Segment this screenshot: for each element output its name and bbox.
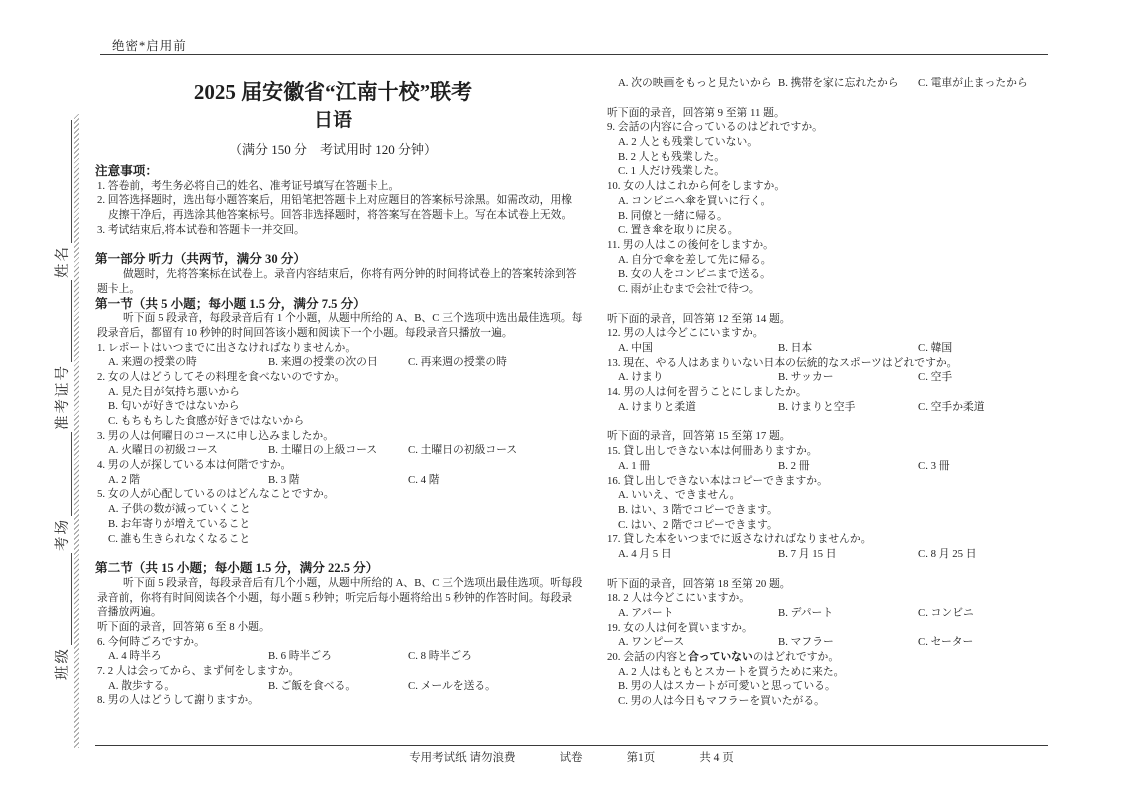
option-c: C. 8 時半ごろ bbox=[408, 649, 571, 664]
binding-margin: 班级 考场 准考证号 姓名 bbox=[48, 120, 72, 682]
footer-paper-note: 专用考试纸 请勿浪费 bbox=[409, 749, 515, 765]
secret-label: 绝密*启用前 bbox=[112, 36, 187, 54]
option-b: B. マフラー bbox=[778, 635, 918, 650]
binding-zigzag-line bbox=[74, 114, 79, 748]
page-footer: 专用考试纸 请勿浪费 试卷 第1页 共 4 页 bbox=[95, 749, 1048, 765]
blank-gap bbox=[605, 297, 1048, 312]
text-line: 18. 2 人は今どこにいますか。 bbox=[605, 591, 1048, 606]
blank-gap bbox=[605, 91, 1048, 106]
text-line: 16. 貸し出しできない本はコピーできますか。 bbox=[605, 474, 1048, 489]
option-b: B. デパート bbox=[778, 606, 918, 621]
text-line: 段录音后，都留有 10 秒钟的时间回答该小题和阅读下一个小题。每段录音只播放一遍… bbox=[95, 326, 571, 341]
text-line: 听下面的录音，回答第 15 至第 17 题。 bbox=[605, 429, 1048, 444]
option-c: C. 空手 bbox=[918, 370, 1048, 385]
blank-gap bbox=[95, 546, 571, 561]
option-line: C. 誰も生きられなくなること bbox=[95, 532, 571, 547]
options-row: A. アパートB. デパートC. コンビニ bbox=[605, 606, 1048, 621]
left-column-text: 注意事项：1. 答卷前，考生务必将自己的姓名、准考证号填写在答题卡上。2. 回答… bbox=[95, 164, 571, 708]
text-line: 听下面的录音，回答第 18 至第 20 题。 bbox=[605, 577, 1048, 592]
paragraph-line: 听下面 5 段录音，每段录音后有几个小题，从题中所给的 A、B、C 三个选项出最… bbox=[95, 576, 571, 591]
exam-info: （满分 150 分 考试用时 120 分钟） bbox=[95, 136, 571, 164]
text-line: 15. 貸し出しできない本は何冊ありますか。 bbox=[605, 444, 1048, 459]
option-a: A. 火曜日の初級コース bbox=[108, 443, 268, 458]
options-row: A. 1 冊B. 2 冊C. 3 冊 bbox=[605, 459, 1048, 474]
option-a: A. けまり bbox=[618, 370, 778, 385]
text-line: 1. レポートはいつまでに出さなければなりませんか。 bbox=[95, 341, 571, 356]
options-row: A. 中国B. 日本C. 韓国 bbox=[605, 341, 1048, 356]
option-line: A. いいえ、できません。 bbox=[605, 488, 1048, 503]
option-line: B. 女の人をコンビニまで送る。 bbox=[605, 267, 1048, 282]
option-line: A. 2 人はもともとスカートを買うために来た。 bbox=[605, 665, 1048, 680]
option-c: C. 再来週の授業の時 bbox=[408, 355, 571, 370]
left-column: 2025 届安徽省“江南十校”联考 日语 （满分 150 分 考试用时 120 … bbox=[95, 78, 571, 708]
blank-gap bbox=[605, 562, 1048, 577]
option-b: B. 3 階 bbox=[268, 473, 408, 488]
option-c: C. 8 月 25 日 bbox=[918, 547, 1048, 562]
text-line: 19. 女の人は何を買いますか。 bbox=[605, 621, 1048, 636]
option-line: A. 2 人とも残業していない。 bbox=[605, 135, 1048, 150]
name-label: 姓名 bbox=[51, 243, 72, 280]
option-a: A. ワンピース bbox=[618, 635, 778, 650]
admission-number-label: 准考证号 bbox=[51, 362, 72, 432]
option-c: C. セーター bbox=[918, 635, 1048, 650]
option-c: C. コンビニ bbox=[918, 606, 1048, 621]
option-b: B. サッカー bbox=[778, 370, 918, 385]
option-c: C. 韓国 bbox=[918, 341, 1048, 356]
top-divider bbox=[100, 54, 1048, 55]
section-heading: 第一节（共 5 小题；每小题 1.5 分，满分 7.5 分） bbox=[95, 297, 571, 312]
paper-title: 2025 届安徽省“江南十校”联考 bbox=[95, 78, 571, 106]
option-a: A. 4 月 5 日 bbox=[618, 547, 778, 562]
exam-room-blank-line bbox=[67, 432, 72, 516]
text-line: 13. 現在、やる人はあまりいない日本の伝統的なスポーツはどれですか。 bbox=[605, 356, 1048, 371]
option-line: A. 自分で傘を差して先に帰る。 bbox=[605, 253, 1048, 268]
right-column-text: A. 次の映画をもっと見たいからB. 携帯を家に忘れたからC. 電車が止まったか… bbox=[605, 76, 1048, 709]
option-a: A. 2 階 bbox=[108, 473, 268, 488]
blank-gap bbox=[95, 237, 571, 252]
text-line: 17. 貸した本をいつまでに返さなければなりませんか。 bbox=[605, 532, 1048, 547]
options-row: A. ワンピースB. マフラーC. セーター bbox=[605, 635, 1048, 650]
text-line: 8. 男の人はどうして謝りますか。 bbox=[95, 693, 571, 708]
section-heading: 注意事项： bbox=[95, 164, 571, 179]
options-row: A. けまりと柔道B. けまりと空手C. 空手か柔道 bbox=[605, 400, 1048, 415]
option-c: C. 土曜日の初級コース bbox=[408, 443, 571, 458]
option-a: A. アパート bbox=[618, 606, 778, 621]
option-line: B. はい、3 階でコピーできます。 bbox=[605, 503, 1048, 518]
text-line: 10. 女の人はこれから何をしますか。 bbox=[605, 179, 1048, 194]
options-row: A. 4 月 5 日B. 7 月 15 日C. 8 月 25 日 bbox=[605, 547, 1048, 562]
option-line: C. 雨が止むまで会社で待つ。 bbox=[605, 282, 1048, 297]
admission-number-blank-line bbox=[67, 280, 72, 362]
text-line: 2. 回答选择题时，选出每小题答案后，用铅笔把答题卡上对应题目的答案标号涂黑。如… bbox=[95, 193, 571, 208]
right-column: A. 次の映画をもっと見たいからB. 携帯を家に忘れたからC. 電車が止まったか… bbox=[605, 76, 1048, 709]
option-a: A. けまりと柔道 bbox=[618, 400, 778, 415]
option-line: C. はい、2 階でコピーできます。 bbox=[605, 518, 1048, 533]
option-a: A. 1 冊 bbox=[618, 459, 778, 474]
option-c: C. 4 階 bbox=[408, 473, 571, 488]
text-line: 5. 女の人が心配しているのはどんなことですか。 bbox=[95, 487, 571, 502]
class-blank-line bbox=[67, 553, 72, 645]
text-line: 20. 会話の内容と合っていないのはどれですか。 bbox=[605, 650, 1048, 665]
options-row: A. 2 階B. 3 階C. 4 階 bbox=[95, 473, 571, 488]
paragraph-line: 做题时，先将答案标在试卷上。录音内容结束后，你将有两分钟的时间将试卷上的答案转涂… bbox=[95, 267, 571, 282]
options-row: A. 来週の授業の時B. 来週の授業の次の日C. 再来週の授業の時 bbox=[95, 355, 571, 370]
text-line: 听下面的录音，回答第 9 至第 11 题。 bbox=[605, 106, 1048, 121]
option-c: C. 3 冊 bbox=[918, 459, 1048, 474]
option-line: A. 見た目が気持ち悪いから bbox=[95, 385, 571, 400]
footer-page-total: 共 4 页 bbox=[699, 749, 734, 765]
option-c: C. 電車が止まったから bbox=[918, 76, 1048, 91]
option-c: C. メールを送る。 bbox=[408, 679, 571, 694]
exam-room-label: 考场 bbox=[51, 516, 72, 553]
option-a: A. 散歩する。 bbox=[108, 679, 268, 694]
text-line: 14. 男の人は何を習うことにしましたか。 bbox=[605, 385, 1048, 400]
option-line: C. もちもちした食感が好きではないから bbox=[95, 414, 571, 429]
text-line: 2. 女の人はどうしてその料理を食べないのですか。 bbox=[95, 370, 571, 385]
paper-subject: 日语 bbox=[95, 106, 571, 136]
footer-paper-type: 试卷 bbox=[560, 749, 583, 765]
options-row: A. 4 時半ろB. 6 時半ごろC. 8 時半ごろ bbox=[95, 649, 571, 664]
text-line: 3. 男の人は何曜日のコースに申し込みましたか。 bbox=[95, 429, 571, 444]
option-b: B. ご飯を食べる。 bbox=[268, 679, 408, 694]
option-line: C. 男の人は今日もマフラーを買いたがる。 bbox=[605, 694, 1048, 709]
option-line: B. 2 人とも残業した。 bbox=[605, 150, 1048, 165]
option-b: B. 来週の授業の次の日 bbox=[268, 355, 408, 370]
option-line: B. お年寄りが増えていること bbox=[95, 517, 571, 532]
option-line: B. 同僚と一緒に帰る。 bbox=[605, 209, 1048, 224]
option-c: C. 空手か柔道 bbox=[918, 400, 1048, 415]
text-line: 1. 答卷前，考生务必将自己的姓名、准考证号填写在答题卡上。 bbox=[95, 179, 571, 194]
footer-page-number: 第1页 bbox=[627, 749, 656, 765]
section-heading: 第二节（共 15 小题；每小题 1.5 分，满分 22.5 分） bbox=[95, 561, 571, 576]
text-line: 12. 男の人は今どこにいますか。 bbox=[605, 326, 1048, 341]
option-b: B. けまりと空手 bbox=[778, 400, 918, 415]
name-blank-line bbox=[67, 120, 72, 243]
text-line: 9. 会話の内容に合っているのはどれですか。 bbox=[605, 120, 1048, 135]
text-line: 听下面的录音，回答第 6 至 8 小题。 bbox=[95, 620, 571, 635]
option-a: A. 中国 bbox=[618, 341, 778, 356]
option-a: A. 4 時半ろ bbox=[108, 649, 268, 664]
class-label: 班级 bbox=[51, 645, 72, 682]
option-line: 皮擦干净后，再选涂其他答案标号。回答非选择题时，将答案写在答题卡上。写在本试卷上… bbox=[95, 208, 571, 223]
text-line: 7. 2 人は会ってから、まず何をしますか。 bbox=[95, 664, 571, 679]
text-line: 题卡上。 bbox=[95, 282, 571, 297]
options-row: A. 次の映画をもっと見たいからB. 携帯を家に忘れたからC. 電車が止まったか… bbox=[605, 76, 1048, 91]
option-line: B. 男の人はスカートが可愛いと思っている。 bbox=[605, 679, 1048, 694]
option-line: A. 子供の数が減っていくこと bbox=[95, 502, 571, 517]
options-row: A. けまりB. サッカーC. 空手 bbox=[605, 370, 1048, 385]
option-b: B. 携帯を家に忘れたから bbox=[778, 76, 918, 91]
text-line: 6. 今何時ごろですか。 bbox=[95, 635, 571, 650]
option-b: B. 6 時半ごろ bbox=[268, 649, 408, 664]
blank-gap bbox=[605, 414, 1048, 429]
paragraph-line: 听下面 5 段录音，每段录音后有 1 个小题，从题中所给的 A、B、C 三个选项… bbox=[95, 311, 571, 326]
option-b: B. 2 冊 bbox=[778, 459, 918, 474]
options-row: A. 散歩する。B. ご飯を食べる。C. メールを送る。 bbox=[95, 679, 571, 694]
option-b: B. 日本 bbox=[778, 341, 918, 356]
text-line: 听下面的录音，回答第 12 至第 14 题。 bbox=[605, 312, 1048, 327]
option-a: A. 来週の授業の時 bbox=[108, 355, 268, 370]
option-line: C. 1 人だけ残業した。 bbox=[605, 164, 1048, 179]
option-a: A. 次の映画をもっと見たいから bbox=[618, 76, 778, 91]
options-row: A. 火曜日の初級コースB. 土曜日の上級コースC. 土曜日の初級コース bbox=[95, 443, 571, 458]
option-b: B. 土曜日の上級コース bbox=[268, 443, 408, 458]
footer-divider bbox=[95, 745, 1048, 746]
section-heading: 第一部分 听力（共两节，满分 30 分） bbox=[95, 252, 571, 267]
text-line: 音播放两遍。 bbox=[95, 605, 571, 620]
text-line: 4. 男の人が探している本は何階ですか。 bbox=[95, 458, 571, 473]
option-line: C. 置き傘を取りに戻る。 bbox=[605, 223, 1048, 238]
text-line: 3. 考试结束后,将本试卷和答题卡一并交回。 bbox=[95, 223, 571, 238]
option-line: A. コンビニへ傘を買いに行く。 bbox=[605, 194, 1048, 209]
text-line: 录音前，你将有时间阅读各个小题，每小题 5 秒钟；听完后每小题将给出 5 秒钟的… bbox=[95, 591, 571, 606]
option-line: B. 匂いが好きではないから bbox=[95, 399, 571, 414]
text-line: 11. 男の人はこの後何をしますか。 bbox=[605, 238, 1048, 253]
option-b: B. 7 月 15 日 bbox=[778, 547, 918, 562]
